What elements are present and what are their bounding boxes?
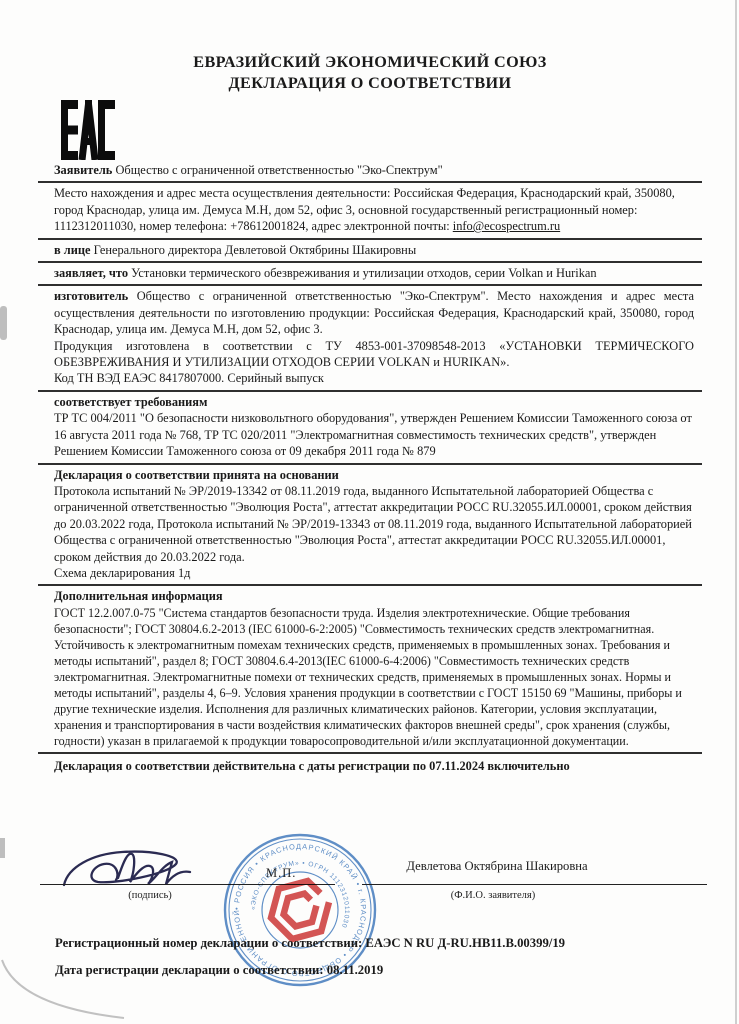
row-manufacturer: изготовитель Общество с ограниченной отв…: [38, 286, 702, 391]
additional-heading: Дополнительная информация: [54, 588, 694, 604]
row-address: Место нахождения и адрес места осуществл…: [38, 183, 702, 239]
basis-protocols: Протокола испытаний № ЭР/2019-13342 от 0…: [54, 483, 694, 565]
row-applicant: Заявитель Общество с ограниченной ответс…: [38, 160, 702, 183]
stamp-logo-icon: [264, 877, 335, 943]
declares-label: заявляет, что: [54, 266, 128, 280]
document-title: ЕВРАЗИЙСКИЙ ЭКОНОМИЧЕСКИЙ СОЮЗ ДЕКЛАРАЦИ…: [38, 52, 702, 94]
requirements-text: ТР ТС 004/2011 "О безопасности низковоль…: [54, 410, 694, 459]
fio-caption: (Ф.И.О. заявителя): [362, 888, 624, 904]
registration-number-label: Регистрационный номер декларации о соотв…: [55, 936, 362, 950]
row-requirements: соответствует требованиям ТР ТС 004/2011…: [38, 392, 702, 465]
title-union: ЕВРАЗИЙСКИЙ ЭКОНОМИЧЕСКИЙ СОЮЗ: [38, 52, 702, 73]
representative-name: Генерального директора Девлетовой Октябр…: [94, 243, 417, 257]
declaration-scheme: Схема декларирования 1д: [54, 565, 694, 581]
scan-smudge: [0, 306, 7, 340]
registration-date-value: 08.11.2019: [327, 963, 383, 977]
row-additional-info: Дополнительная информация ГОСТ 12.2.007.…: [38, 586, 702, 753]
manufacturer-info: Общество с ограниченной ответственностью…: [54, 289, 694, 336]
additional-text: ГОСТ 12.2.007.0-75 "Система стандартов б…: [54, 605, 694, 749]
row-declares: заявляет, что Установки термического обе…: [38, 263, 702, 286]
declaration-document: ЕВРАЗИЙСКИЙ ЭКОНОМИЧЕСКИЙ СОЮЗ ДЕКЛАРАЦИ…: [0, 0, 739, 1024]
title-doc-type: ДЕКЛАРАЦИЯ О СООТВЕТСТВИИ: [38, 73, 702, 94]
registration-number-value: ЕАЭС N RU Д-RU.HB11.B.00399/19: [365, 936, 565, 950]
signature-caption: (подпись): [55, 888, 245, 904]
row-validity: Декларация о соответствии действительна …: [38, 754, 702, 777]
applicant-name: Общество с ограниченной ответственностью…: [115, 163, 442, 177]
validity-text: Декларация о соответствии действительна …: [54, 758, 694, 774]
row-representative: в лице Генерального директора Девлетовой…: [38, 240, 702, 263]
address-text: Место нахождения и адрес места осуществл…: [54, 186, 675, 233]
scan-smudge: [0, 838, 5, 858]
scan-edge-artifact: [735, 0, 737, 1024]
eac-mark-icon: [60, 100, 116, 160]
applicant-email: info@ecospectrum.ru: [453, 219, 560, 233]
applicant-label: Заявитель: [54, 163, 112, 177]
fio-line: [362, 884, 707, 885]
requirements-heading: соответствует требованиям: [54, 394, 694, 410]
row-basis: Декларация о соответствии принята на осн…: [38, 465, 702, 587]
product-description: Установки термического обезвреживания и …: [131, 266, 596, 280]
representative-label: в лице: [54, 243, 91, 257]
declarant-name: Девлетова Октябрина Шакировна: [362, 858, 632, 874]
tnved-code: Код ТН ВЭД ЕАЭС 8417807000. Серийный вып…: [54, 370, 694, 386]
registration-number-line: Регистрационный номер декларации о соотв…: [55, 935, 565, 951]
manufacturer-label: изготовитель: [54, 289, 128, 303]
registration-date-line: Дата регистрации декларации о соответств…: [55, 962, 383, 978]
manufacturer-tu: Продукция изготовлена в соответствии с Т…: [54, 338, 694, 371]
declaration-body: Заявитель Общество с ограниченной ответс…: [38, 160, 702, 777]
registration-date-label: Дата регистрации декларации о соответств…: [55, 963, 324, 977]
basis-heading: Декларация о соответствии принята на осн…: [54, 467, 694, 483]
